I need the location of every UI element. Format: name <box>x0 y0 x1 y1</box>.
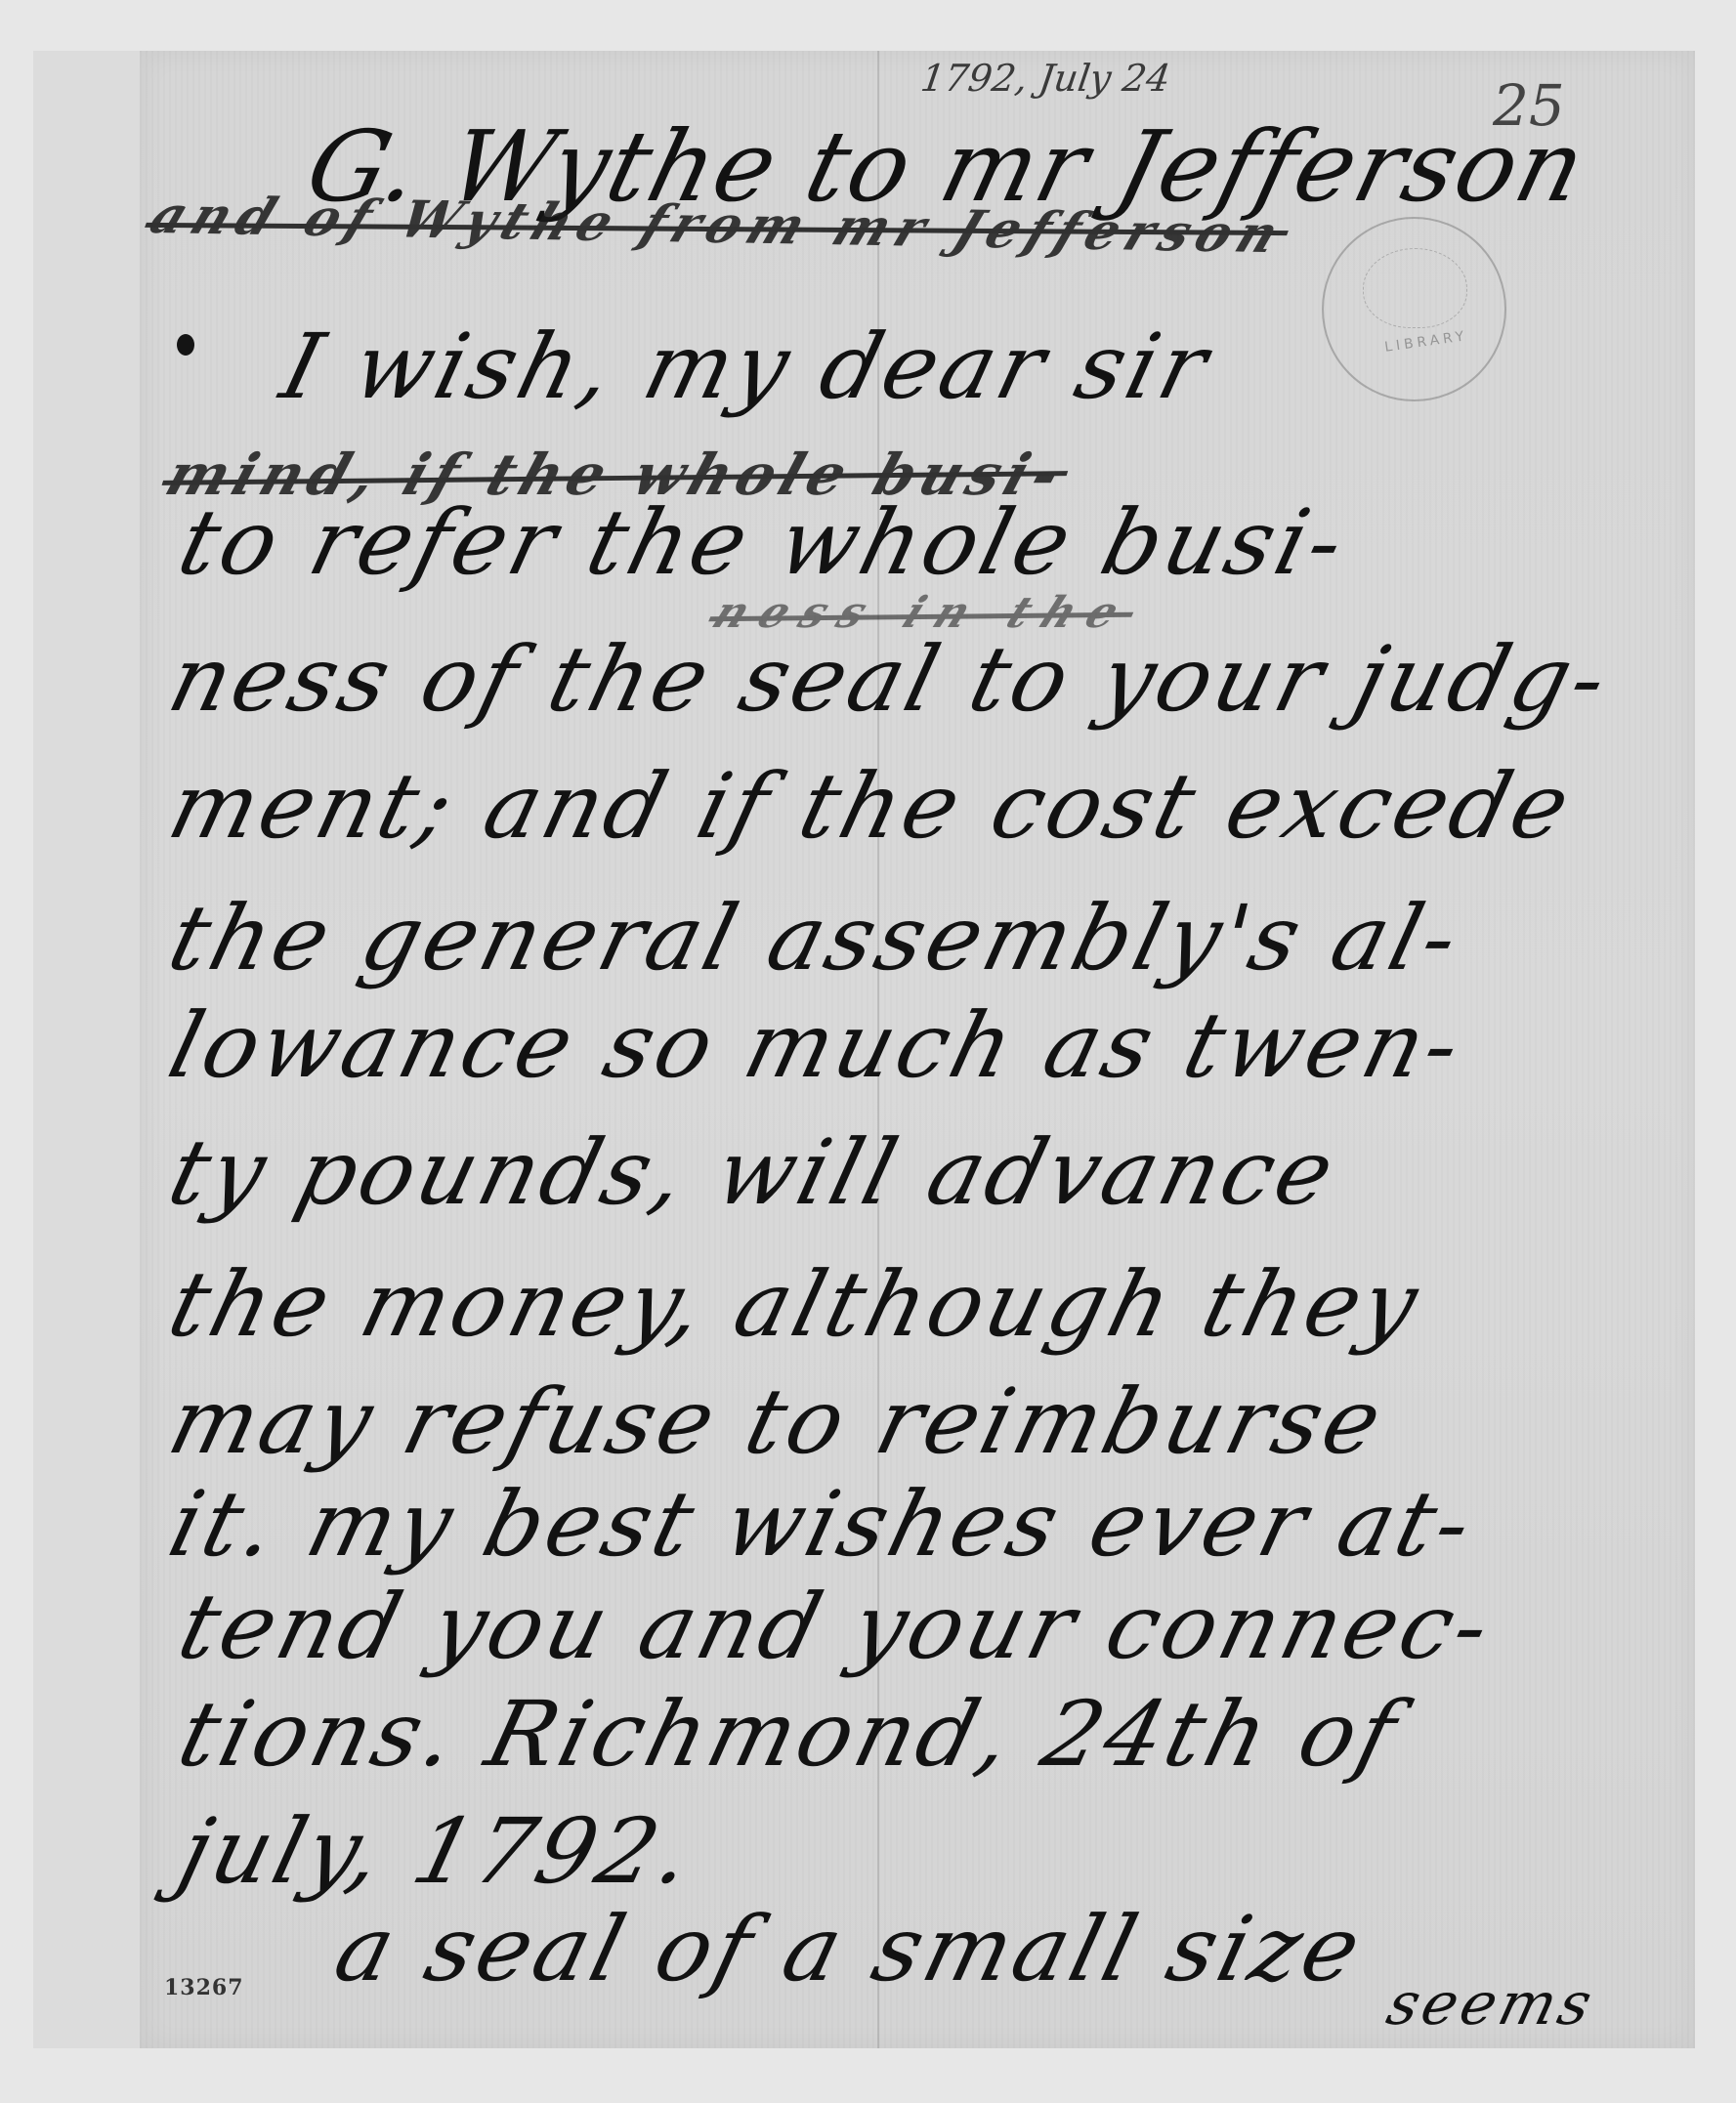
letter-line-7: ty pounds, will advance <box>159 1120 1347 1225</box>
letter-line-6: lowance so much as twen- <box>159 993 1474 1098</box>
stamp-text: LIBRARY <box>1383 328 1468 356</box>
ink-blot <box>177 334 194 356</box>
letter-line-5: the general assembly's al- <box>159 886 1471 990</box>
archival-date-annotation: 1792, July 24 <box>918 57 1173 100</box>
letter-line-14: a seal of a small size <box>325 1897 1375 2001</box>
letter-line-4: ment; and if the cost excede <box>159 754 1584 859</box>
letter-line-10: it. my best wishes ever at- <box>159 1472 1485 1577</box>
letter-line-9: may refuse to reimburse <box>159 1369 1395 1474</box>
manuscript-page: LIBRARY 1792, July 24 25 G. Wythe to mr … <box>140 51 1695 2048</box>
library-stamp: LIBRARY <box>1322 217 1506 401</box>
archive-stamp-number: 13267 <box>164 1975 244 2000</box>
letter-line-2: to refer the whole busi- <box>169 490 1358 595</box>
mount-backing <box>33 51 141 2048</box>
letter-line-12: tions. Richmond, 24th of <box>169 1682 1410 1787</box>
letter-line-13: july, 1792. <box>169 1799 706 1904</box>
letter-line-11: tend you and your connec- <box>169 1575 1503 1679</box>
letter-line-3: ness of the seal to your judg- <box>159 627 1621 732</box>
letter-line-8: the money, although they <box>159 1252 1431 1357</box>
letter-line-1: I wish, my dear sir <box>272 315 1221 419</box>
stamp-eagle-emblem <box>1363 248 1467 328</box>
letter-line-15: seems <box>1380 1970 1602 2039</box>
